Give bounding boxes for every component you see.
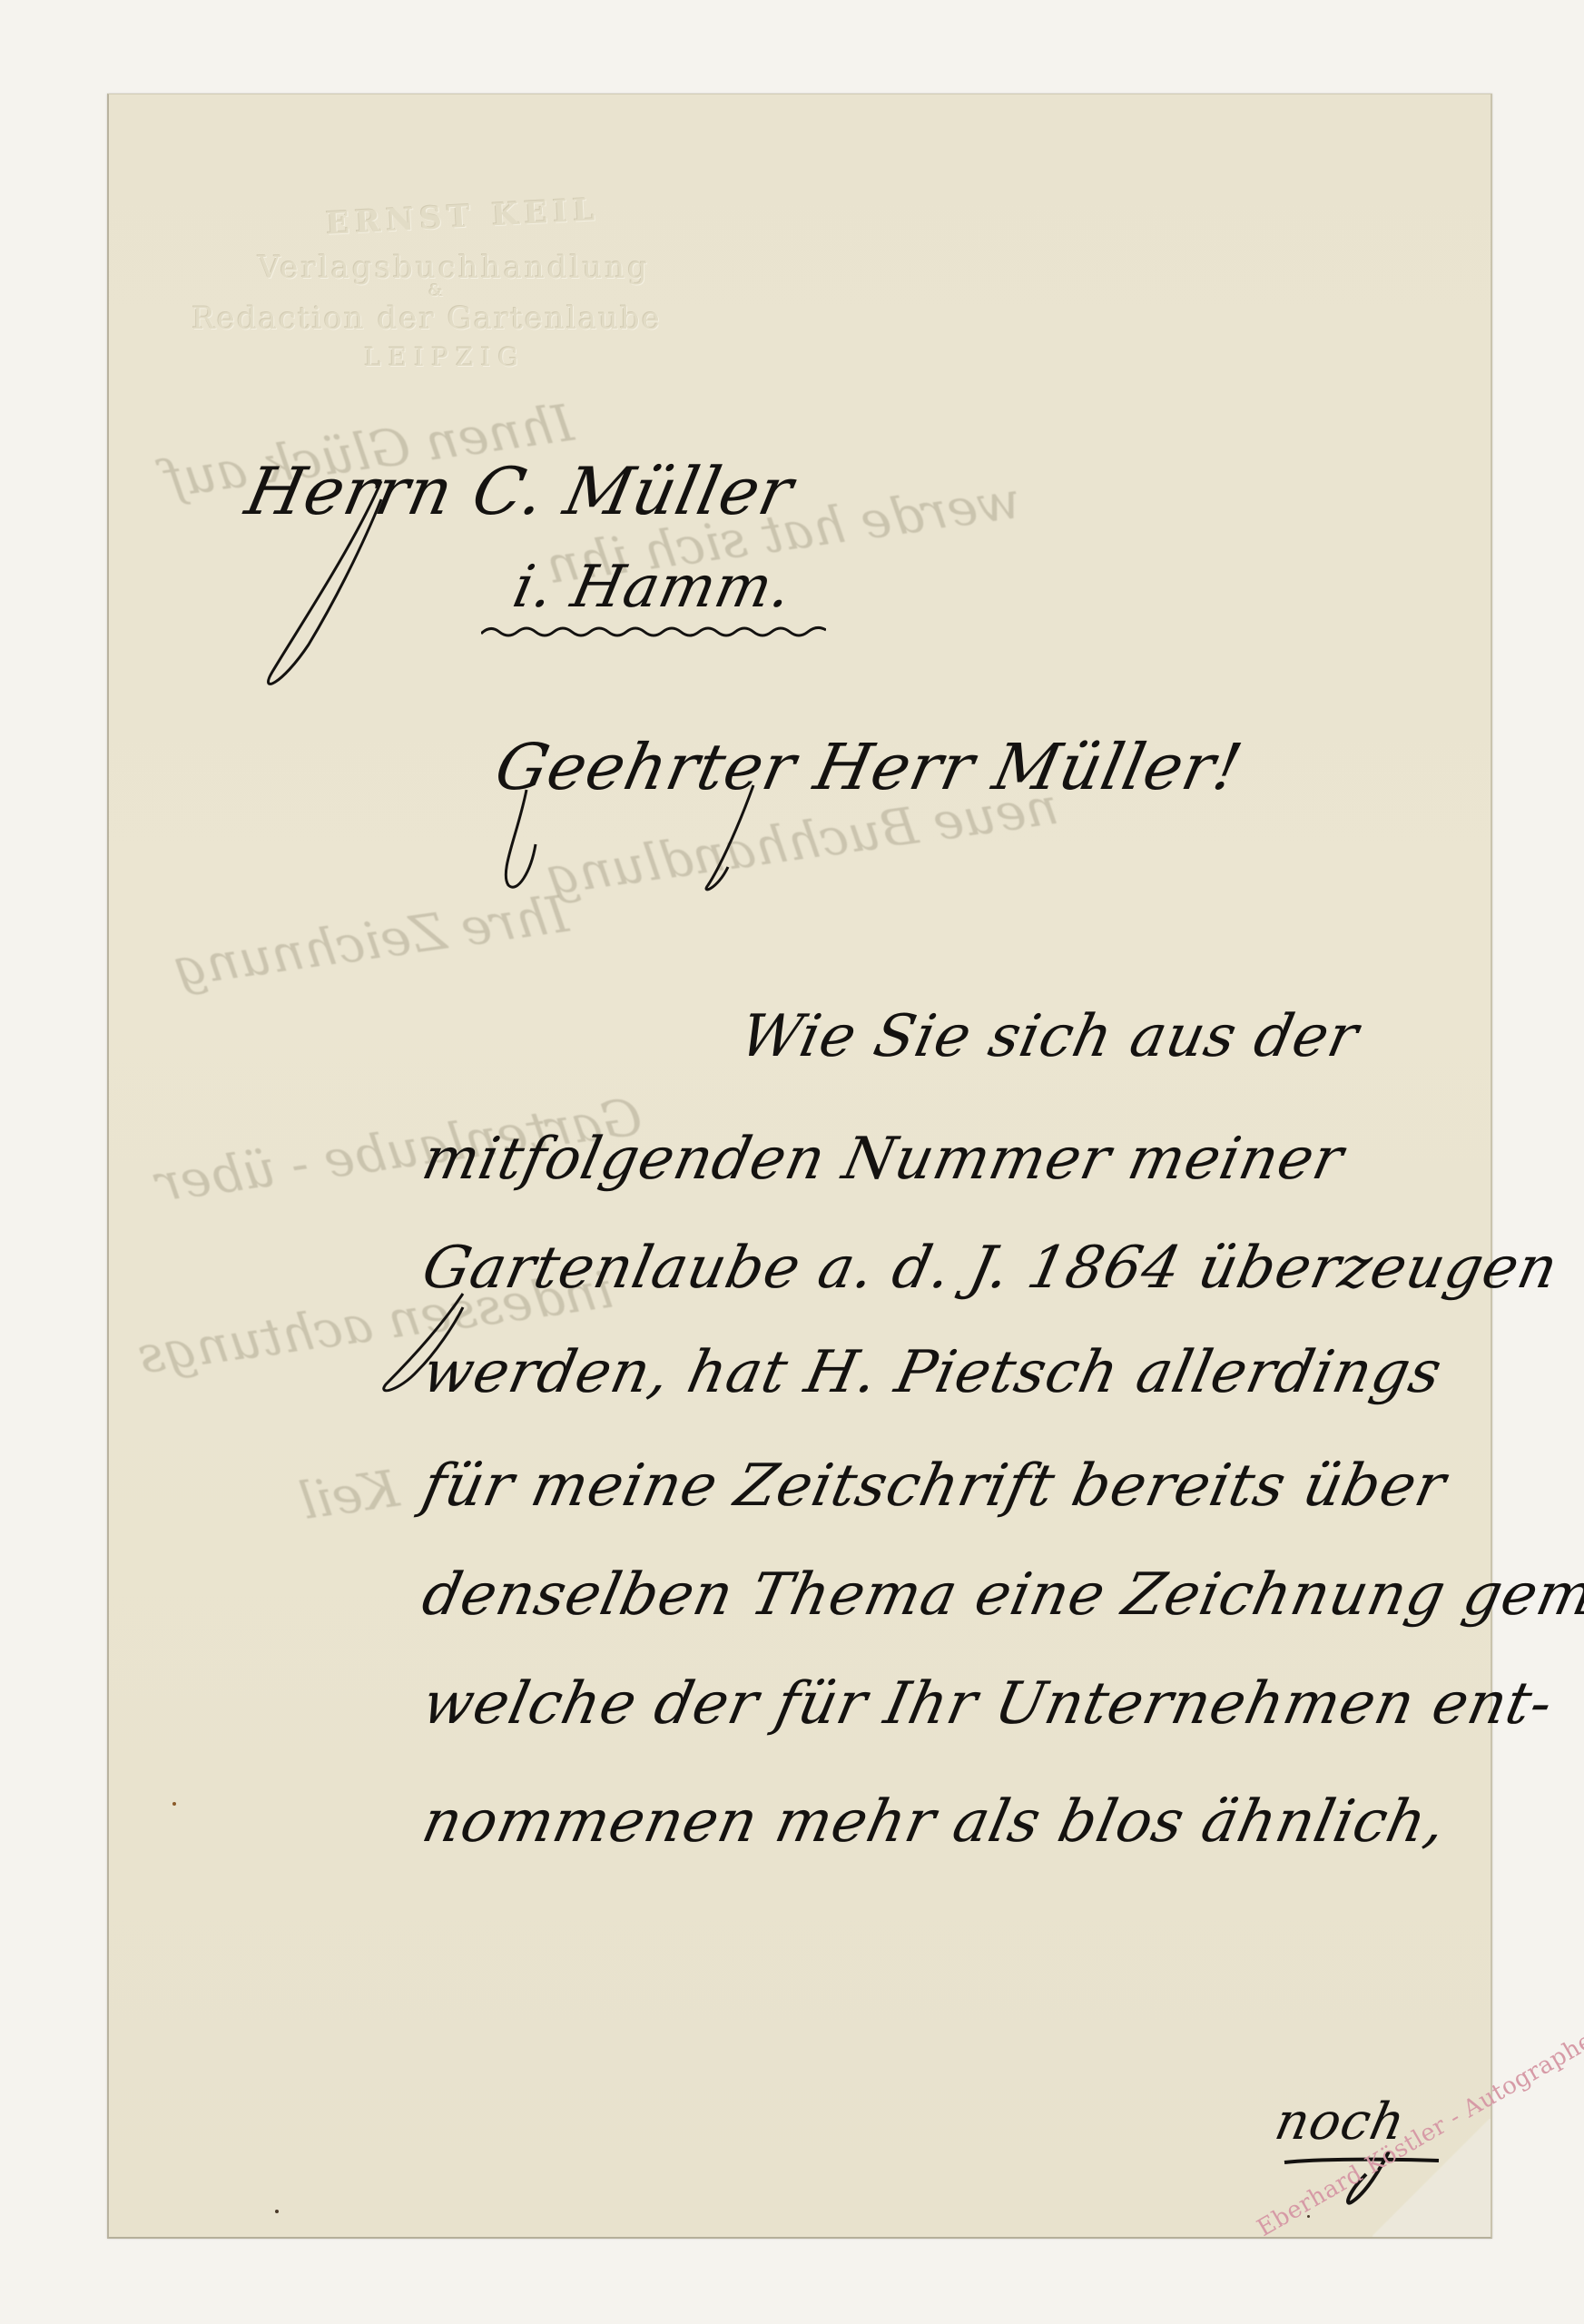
wavy-underline (481, 625, 826, 637)
show-through-line: Keil (297, 1464, 402, 1529)
ink-speck (172, 1802, 176, 1806)
body-line: mitfolgenden Nummer meiner (418, 1130, 1349, 1188)
ink-speck (275, 2210, 279, 2213)
body-line: welche der für Ihr Unternehmen ent- (418, 1675, 1558, 1733)
recipient-city: i. Hamm. (508, 558, 797, 616)
body-line: Wie Sie sich aus der (735, 1008, 1363, 1066)
salutation-flourish (490, 781, 781, 899)
body-line: Gartenlaube a. d. J. 1864 überzeugen (418, 1239, 1563, 1297)
letterhead-city: LEIPZIG (218, 345, 672, 370)
body-line: denselben Thema eine Zeichnung gemacht, (418, 1566, 1584, 1624)
letterhead-editorial: Redaction der Gartenlaube (182, 303, 672, 334)
body-line: nommenen mehr als blos ähnlich, (418, 1793, 1451, 1851)
initial-flourish (245, 472, 427, 690)
body-line: für meine Zeitschrift bereits über (418, 1457, 1451, 1515)
embossed-letterhead: ERNST KEIL Verlagsbuchhandlung & Redacti… (200, 202, 672, 370)
letterhead-business: Verlagsbuchhandlung (236, 252, 672, 283)
body-line: werden, hat H. Pietsch allerdings (418, 1344, 1447, 1402)
